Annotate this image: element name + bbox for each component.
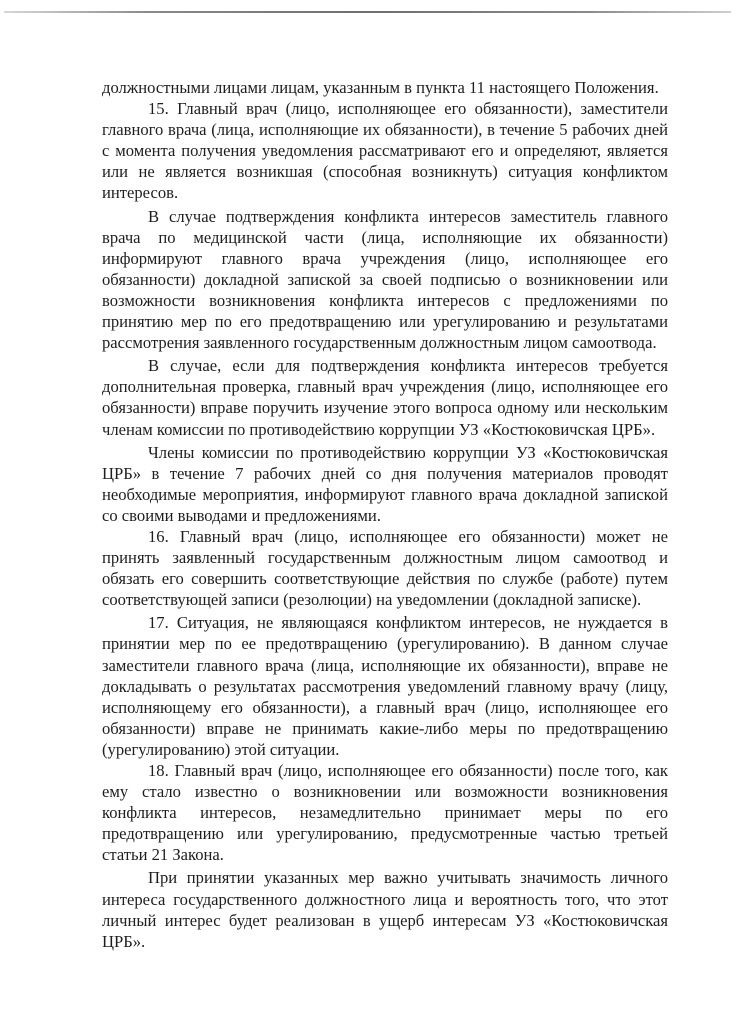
paragraph-17: 17. Ситуация, не являющаяся конфликтом и… [102, 612, 668, 760]
document-page: должностными лицами лицам, указанным в п… [102, 77, 668, 952]
paragraph-15-confirmation: В случае подтверждения конфликта интерес… [102, 206, 668, 354]
paragraph-18-measures: При принятии указанных мер важно учитыва… [102, 867, 668, 951]
paragraph-16: 16. Главный врач (лицо, исполняющее его … [102, 526, 668, 610]
paragraph-15-additional-check: В случае, если для подтверждения конфлик… [102, 355, 668, 439]
scan-top-edge-line [4, 11, 731, 13]
paragraph-continuation: должностными лицами лицам, указанным в п… [102, 77, 668, 98]
paragraph-15-commission-members: Члены комиссии по противодействию корруп… [102, 442, 668, 526]
paragraph-15: 15. Главный врач (лицо, исполняющее его … [102, 98, 668, 203]
paragraph-18: 18. Главный врач (лицо, исполняющее его … [102, 760, 668, 865]
